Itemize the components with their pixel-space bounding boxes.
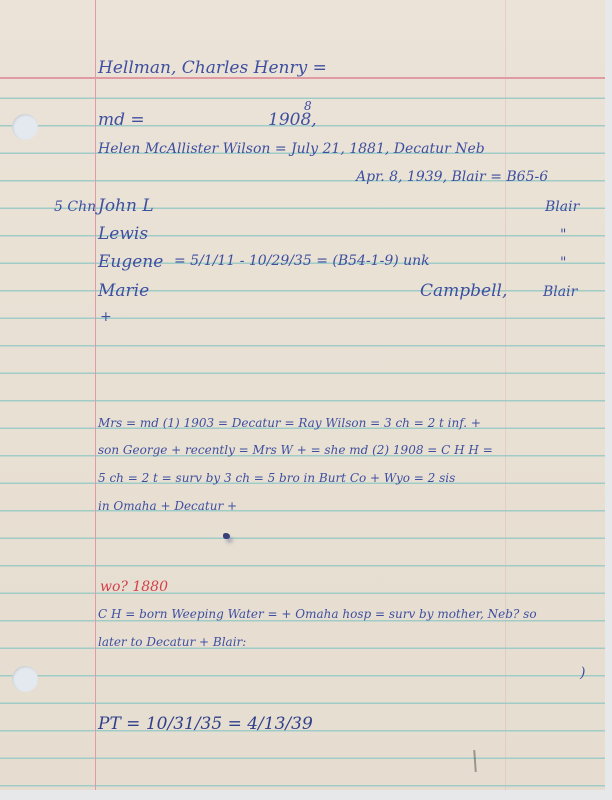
child-name: Lewis [98,226,148,243]
child-place: Blair [543,285,577,299]
child-name: + [100,310,112,324]
children-count-label: 5 Chn [54,200,96,214]
right-margin-line [505,0,506,790]
marriage-label: md = [98,112,145,129]
marriage-year-correction: 8 [304,100,312,112]
paragraph-born-line: C H = born Weeping Water = + Omaha hosp … [98,608,537,620]
margin-mark: ) [580,666,585,680]
child-name: Marie [98,283,149,300]
dates-line: PT = 10/31/35 = 4/13/39 [98,716,313,733]
left-margin-line [95,0,96,790]
pencil-mark [473,750,476,772]
spouse-line-1: Helen McAllister Wilson = July 21, 1881,… [98,142,485,156]
notebook-page: Hellman, Charles Henry = md = 1908, 8 He… [0,0,605,790]
paragraph-mrs-line: 5 ch = 2 t = surv by 3 ch = 5 bro in Bur… [98,472,455,484]
child-name: John L [98,198,154,215]
paragraph-mrs-line: son George + recently = Mrs W + = she md… [98,444,493,456]
punch-hole-top [12,114,38,140]
marriage-year: 1908, [268,112,317,129]
child-note: = 5/1/11 - 10/29/35 = (B54-1-9) unk [174,254,430,268]
ink-blot [223,533,230,539]
red-annotation: wo? 1880 [100,580,168,594]
punch-hole-bottom [12,666,38,692]
child-place: Blair [545,200,579,214]
paragraph-born-line: later to Decatur + Blair: [98,636,246,648]
paragraph-mrs-line: Mrs = md (1) 1903 = Decatur = Ray Wilson… [98,417,481,429]
child-place: " [560,256,566,270]
child-place: " [560,228,566,242]
spouse-line-2: Apr. 8, 1939, Blair = B65-6 [356,170,548,184]
child-name: Eugene [98,254,163,271]
heading-name: Hellman, Charles Henry = [98,60,327,77]
paragraph-mrs-line: in Omaha + Decatur + [98,500,237,512]
child-note: Campbell, [420,283,507,300]
